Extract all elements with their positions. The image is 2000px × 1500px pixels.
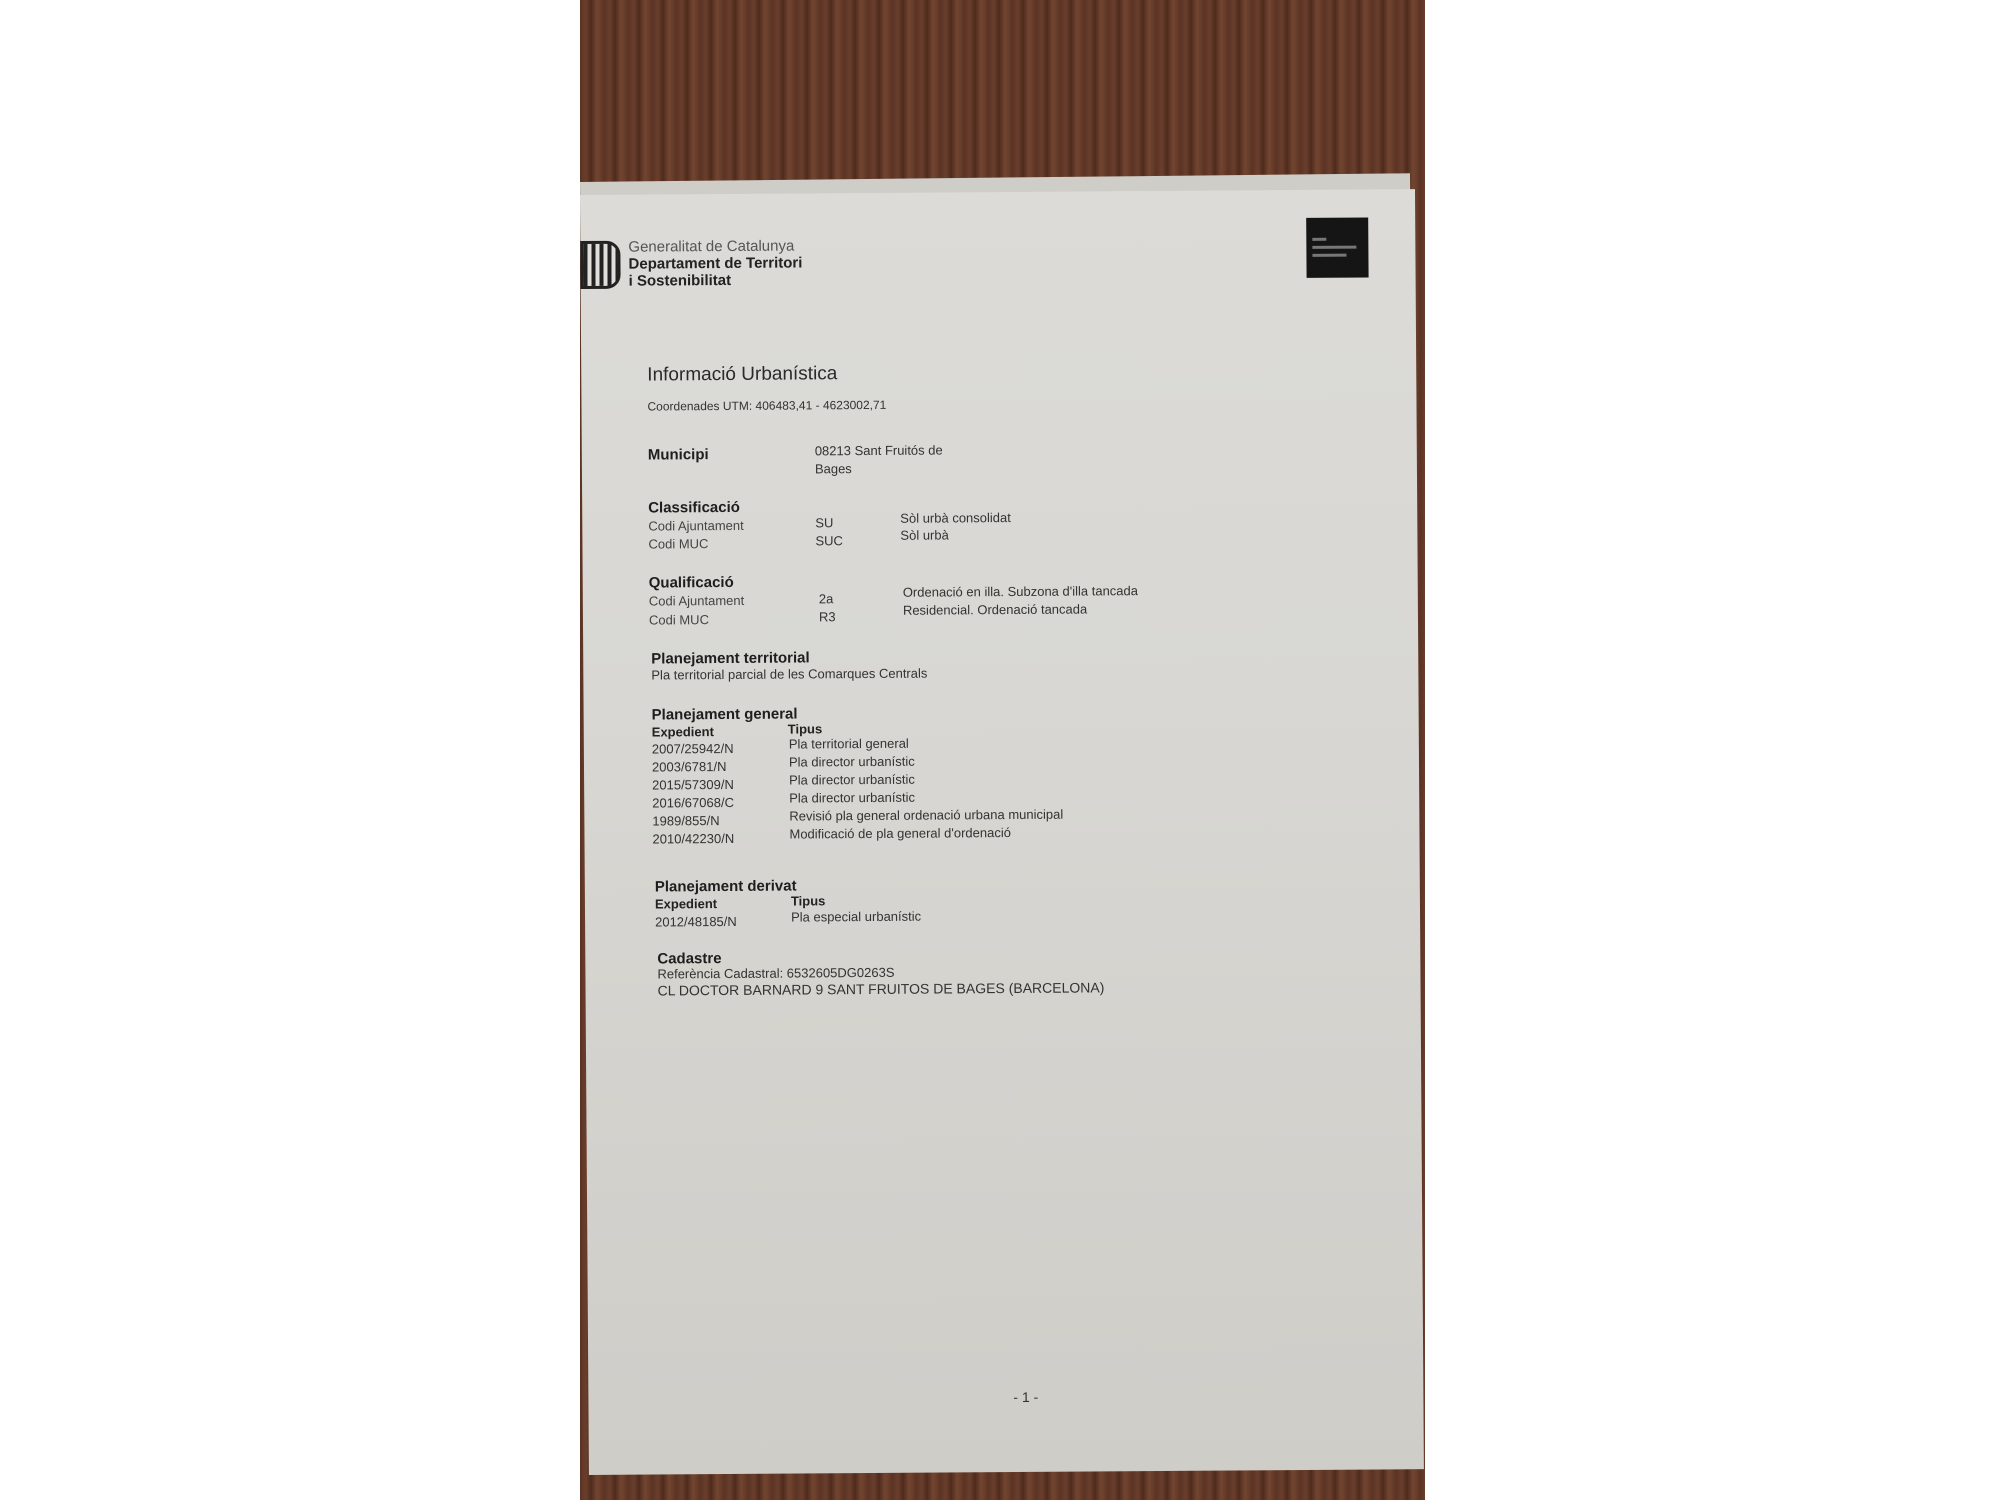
table-row-tipus: Pla especial urbanístic [791, 909, 921, 925]
classificacio-desc: Sòl urbà consolidat [900, 510, 1011, 526]
cadastre-heading: Cadastre [657, 950, 721, 967]
classificacio-code: SU [815, 515, 833, 530]
page-title: Informació Urbanística [647, 363, 837, 386]
classificacio-desc: Sòl urbà [900, 527, 949, 542]
col-expedient: Expedient [652, 724, 714, 739]
qualificacio-label: Codi Ajuntament [649, 593, 745, 609]
photo-background: Generalitat de Catalunya Departament de … [580, 0, 1425, 1500]
generalitat-logo: Generalitat de Catalunya Departament de … [580, 237, 802, 290]
table-row-tipus: Pla territorial general [789, 736, 909, 752]
planejament-derivat-heading: Planejament derivat [655, 878, 797, 896]
cadastre-address: CL DOCTOR BARNARD 9 SANT FRUITOS DE BAGE… [657, 979, 1104, 998]
org-name: Generalitat de Catalunya [628, 237, 802, 255]
planejament-general-heading: Planejament general [652, 705, 798, 723]
table-row-tipus: Modificació de pla general d'ordenació [789, 825, 1011, 842]
table-row-tipus: Pla director urbanístic [789, 772, 915, 788]
table-row-expedient: 2003/6781/N [652, 759, 727, 775]
table-row-expedient: 2010/42230/N [652, 831, 734, 847]
table-row-expedient: 2012/48185/N [655, 914, 737, 930]
cadastre-reference: Referència Cadastral: 6532605DG0263S [657, 965, 894, 982]
qualificacio-label: Codi MUC [649, 612, 709, 627]
qualificacio-code: 2a [819, 591, 834, 606]
page-number: - 1 - [1013, 1389, 1038, 1405]
qualificacio-heading: Qualificació [649, 574, 734, 592]
utm-coordinates: Coordenades UTM: 406483,41 - 4623002,71 [647, 398, 886, 414]
col-tipus: Tipus [791, 893, 826, 908]
planejament-territorial-text: Pla territorial parcial de les Comarques… [651, 666, 927, 683]
col-tipus: Tipus [788, 721, 823, 736]
document-page: Generalitat de Catalunya Departament de … [580, 189, 1424, 1475]
senyera-emblem-icon [580, 240, 620, 288]
department-name-cont: i Sostenibilitat [629, 271, 803, 289]
classificacio-label: Codi MUC [648, 536, 708, 551]
muc-badge-icon [1306, 217, 1368, 277]
classificacio-label: Codi Ajuntament [648, 518, 744, 534]
table-row-tipus: Revisió pla general ordenació urbana mun… [789, 807, 1063, 824]
table-row-expedient: 2015/57309/N [652, 777, 734, 793]
municipi-value-cont: Bages [815, 461, 852, 476]
department-name: Departament de Territori [628, 254, 802, 272]
classificacio-code: SUC [815, 533, 843, 548]
planejament-territorial-heading: Planejament territorial [651, 649, 810, 667]
table-row-expedient: 2016/67068/C [652, 795, 734, 811]
municipi-label: Municipi [648, 446, 709, 463]
qualificacio-desc: Ordenació en illa. Subzona d'illa tancad… [903, 583, 1138, 600]
classificacio-heading: Classificació [648, 499, 740, 517]
table-row-expedient: 1989/855/N [652, 813, 719, 828]
col-expedient: Expedient [655, 896, 717, 911]
qualificacio-code: R3 [819, 609, 836, 624]
qualificacio-desc: Residencial. Ordenació tancada [903, 601, 1087, 617]
municipi-value: 08213 Sant Fruitós de [815, 442, 943, 458]
table-row-expedient: 2007/25942/N [652, 741, 734, 757]
table-row-tipus: Pla director urbanístic [789, 754, 915, 770]
table-row-tipus: Pla director urbanístic [789, 790, 915, 806]
